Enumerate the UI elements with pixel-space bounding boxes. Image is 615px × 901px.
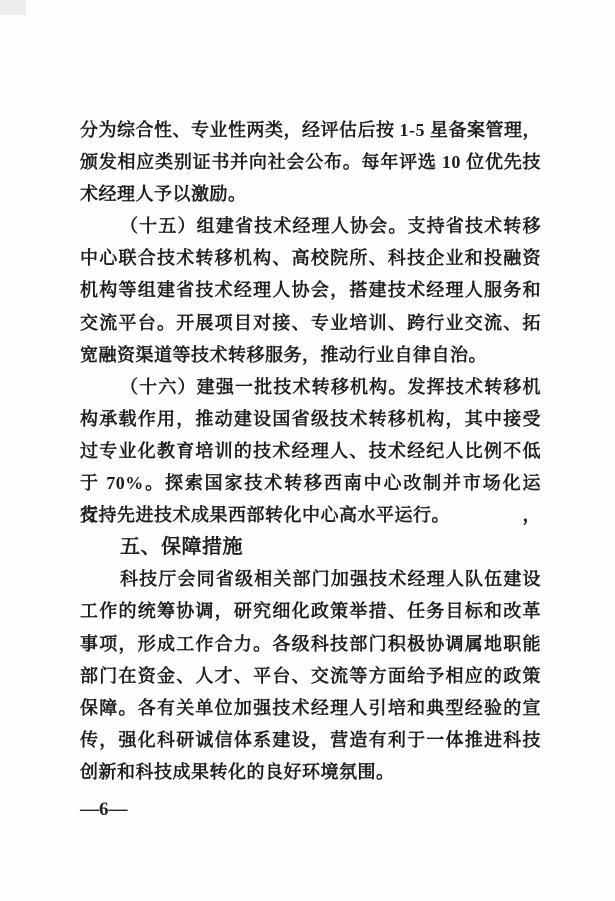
text-line: 术经理人予以激励。 xyxy=(80,178,541,210)
text-line: （十五）组建省技术经理人协会。支持省技术转移 xyxy=(80,210,541,242)
line-text: 构承载作用，推动建设国省级技术转移机构，其中接受 xyxy=(80,409,541,429)
text-line: （十六）建强一批技术转移机构。发挥技术转移机 xyxy=(80,371,541,403)
line-text: 创新和科技成果转化的良好环境氛围。 xyxy=(80,762,395,782)
line-text: 工作的统筹协调，研究细化政策举措、任务目标和改革 xyxy=(80,601,541,621)
line-text: 支持先进技术成果西部转化中心高水平运行。 xyxy=(80,505,450,525)
line-text: 术经理人予以激励。 xyxy=(80,184,247,204)
line-text: 分为综合性、专业性两类，经评估后按 1-5 星备案管理， xyxy=(80,120,541,140)
text-line: 创新和科技成果转化的良好环境氛围。 xyxy=(80,756,541,788)
text-line: 分为综合性、专业性两类，经评估后按 1-5 星备案管理， xyxy=(80,114,541,146)
line-text: 颁发相应类别证书并向社会公布。每年评选 10 位优先技 xyxy=(80,152,541,172)
text-line: 过专业化教育培训的技术经理人、技术经纪人比例不低 xyxy=(80,435,541,467)
heading-text: 五、保障措施 xyxy=(120,536,243,558)
line-text: 宽融资渠道等技术转移服务，推动行业自律自治。 xyxy=(80,345,487,365)
line-text: 交流平台。开展项目对接、专业培训、跨行业交流、拓 xyxy=(80,313,541,333)
line-text: 部门在资金、人才、平台、交流等方面给予相应的政策 xyxy=(80,666,541,686)
line-text: 事项，形成工作合力。各级科技部门积极协调属地职能 xyxy=(80,634,541,654)
text-line: 工作的统筹协调，研究细化政策举措、任务目标和改革 xyxy=(80,595,541,627)
paragraph-lead: （十五）组建省技术经理人协会。 xyxy=(120,216,408,236)
text-block: 分为综合性、专业性两类，经评估后按 1-5 星备案管理， 颁发相应类别证书并向社… xyxy=(80,114,541,788)
line-text: 科技厅会同省级相关部门加强技术经理人队伍建设 xyxy=(120,569,541,589)
text-line: 部门在资金、人才、平台、交流等方面给予相应的政策 xyxy=(80,660,541,692)
text-line: 交流平台。开展项目对接、专业培训、跨行业交流、拓 xyxy=(80,307,541,339)
line-text: 保障。各有关单位加强技术经理人引培和典型经验的宣 xyxy=(80,698,541,718)
text-line: 事项，形成工作合力。各级科技部门积极协调属地职能 xyxy=(80,628,541,660)
line-text: 机构等组建省技术经理人协会，搭建技术经理人服务和 xyxy=(80,280,541,300)
text-line: 宽融资渠道等技术转移服务，推动行业自律自治。 xyxy=(80,339,541,371)
text-line: 保障。各有关单位加强技术经理人引培和典型经验的宣 xyxy=(80,692,541,724)
text-line: 于 70%。探索国家技术转移西南中心改制并市场化运行， xyxy=(80,467,541,499)
text-line: 传，强化科研诚信体系建设，营造有利于一体推进科技 xyxy=(80,724,541,756)
line-text: 传，强化科研诚信体系建设，营造有利于一体推进科技 xyxy=(80,730,541,750)
paragraph-lead: （十六）建强一批技术转移机构。 xyxy=(120,377,408,397)
scan-artifact xyxy=(0,0,26,15)
line-text: 中心联合技术转移机构、高校院所、科技企业和投融资 xyxy=(80,248,541,268)
text-line: 机构等组建省技术经理人协会，搭建技术经理人服务和 xyxy=(80,274,541,306)
text-line: 构承载作用，推动建设国省级技术转移机构，其中接受 xyxy=(80,403,541,435)
text-line: 科技厅会同省级相关部门加强技术经理人队伍建设 xyxy=(80,563,541,595)
text-line: 中心联合技术转移机构、高校院所、科技企业和投融资 xyxy=(80,242,541,274)
line-text: 发挥技术转移机 xyxy=(408,377,542,397)
section-heading: 五、保障措施 xyxy=(80,531,541,563)
line-text: 支持省技术转移 xyxy=(408,216,542,236)
line-text: 过专业化教育培训的技术经理人、技术经纪人比例不低 xyxy=(80,441,541,461)
page-number: —6— xyxy=(80,797,128,823)
document-page: 分为综合性、专业性两类，经评估后按 1-5 星备案管理， 颁发相应类别证书并向社… xyxy=(0,0,615,901)
text-line: 颁发相应类别证书并向社会公布。每年评选 10 位优先技 xyxy=(80,146,541,178)
